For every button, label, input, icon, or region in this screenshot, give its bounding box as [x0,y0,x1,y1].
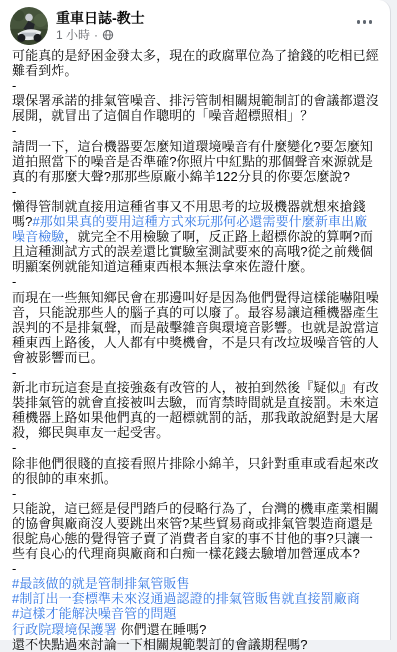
more-options-button[interactable] [355,14,375,30]
post-paragraph: - [12,365,380,380]
hashtag-link[interactable]: #制訂出一套標準未來沒通過認證的排氣管販售就直接罰廠商 [12,591,360,606]
text-segment: - [12,274,16,289]
text-segment: 除非他們很賤的直接看照片排除小綿羊，只針對重車或看起來改的很帥的車來抓。 [12,456,379,486]
meta-separator: · [94,27,98,43]
text-segment: - [12,78,16,93]
text-segment: ，就完全不用檢驗了啊，反正路上超標你說的算啊?而且這種測試方式的誤差還比實驗室測… [12,229,373,274]
post-paragraph: 請問一下，這台機器要怎麼知道環境噪音有什麼變化?要怎麼知道拍照當下的噪音是否準確… [12,139,380,184]
post-paragraph: - [12,274,380,289]
page-avatar[interactable] [10,7,48,45]
post-paragraph: 行政院環境保護署 你們還在睡嗎? [12,622,380,637]
more-horizontal-icon [357,20,361,24]
post-paragraph: - [12,440,380,455]
text-segment: - [12,184,16,199]
post-paragraph: 新北市玩這套是直接強姦有改管的人，被拍到然後『疑似』有改裝排氣管的就會直接被叫去… [12,380,380,440]
post-paragraph: - [12,78,380,93]
post-paragraph: #這樣才能解決噪音管的問題 [12,606,380,621]
post-paragraph: #制訂出一套標準未來沒通過認證的排氣管販售就直接罰廠商 [12,591,380,606]
post-paragraph: - [12,486,380,501]
text-segment: - [12,123,16,138]
post-paragraph: 除非他們很賤的直接看照片排除小綿羊，只針對重車或看起來改的很帥的車來抓。 [12,456,380,486]
post-paragraph: 只能說，這已經是侵門踏戶的侵略行為了，台灣的機車產業相關的協會與廠商沒人要跳出來… [12,501,380,561]
text-segment: 你們還在睡嗎? [117,622,207,637]
post-paragraph: 環保署承諾的排氣管噪音、排污管制相關規範制訂的會議都還沒展開，就冒出了這個自作聰… [12,93,380,123]
text-segment: 而現在一些無知鄉民會在那邊叫好是因為他們覺得這樣能嚇阻噪音，只能說那些人的腦子真… [12,290,379,365]
hashtag-link[interactable]: #這樣才能解決噪音管的問題 [12,606,177,621]
page-name-link[interactable]: 重車日誌-教士 [56,9,145,27]
facebook-post-card: 重車日誌-教士 1 小時 · 可能真的是紓困金發太多，現在的政腐單位為了搶錢的吃… [0,0,391,640]
post-meta-row: 1 小時 · [56,27,145,43]
globe-icon [102,29,114,41]
post-paragraph: - [12,184,380,199]
text-segment: 只能說，這已經是侵門踏戶的侵略行為了，台灣的機車產業相關的協會與廠商沒人要跳出來… [12,501,379,561]
text-segment: 還不快點過來討論一下相關規範製訂的會議期程嗎? [12,637,308,640]
text-segment: 新北市玩這套是直接強姦有改管的人，被拍到然後『疑似』有改裝排氣管的就會直接被叫去… [12,380,379,440]
motorcyclist-avatar-image [10,7,48,45]
text-segment: - [12,440,16,455]
text-segment: 請問一下，這台機器要怎麼知道環境噪音有什麼變化?要怎麼知道拍照當下的噪音是否準確… [12,139,373,184]
post-header: 重車日誌-教士 1 小時 · [0,0,390,45]
post-body-text: 可能真的是紓困金發太多，現在的政腐單位為了搶錢的吃相已經難看到炸。-環保署承諾的… [0,45,390,640]
post-paragraph: - [12,561,380,576]
post-timestamp[interactable]: 1 小時 [56,27,90,43]
text-segment: - [12,486,16,501]
hashtag-link[interactable]: #最該做的就是管制排氣管販售 [12,576,190,591]
text-segment: 可能真的是紓困金發太多，現在的政腐單位為了搶錢的吃相已經難看到炸。 [12,48,379,78]
text-segment: - [12,561,16,576]
post-paragraph: #最該做的就是管制排氣管販售 [12,576,380,591]
post-paragraph: - [12,123,380,138]
post-paragraph: 可能真的是紓困金發太多，現在的政腐單位為了搶錢的吃相已經難看到炸。 [12,48,380,78]
post-paragraph: 而現在一些無知鄉民會在那邊叫好是因為他們覺得這樣能嚇阻噪音，只能說那些人的腦子真… [12,290,380,365]
page-mention-link[interactable]: 行政院環境保護署 [12,622,117,637]
post-paragraph: 懶得管制就直接用這種省事又不用思考的垃圾機器就想來搶錢嗎?#那如果真的要用這種方… [12,199,380,274]
post-paragraph: 還不快點過來討論一下相關規範製訂的會議期程嗎? [12,637,380,640]
post-header-text: 重車日誌-教士 1 小時 · [56,7,145,43]
text-segment: - [12,365,16,380]
text-segment: 環保署承諾的排氣管噪音、排污管制相關規範制訂的會議都還沒展開，就冒出了這個自作聰… [12,93,379,123]
